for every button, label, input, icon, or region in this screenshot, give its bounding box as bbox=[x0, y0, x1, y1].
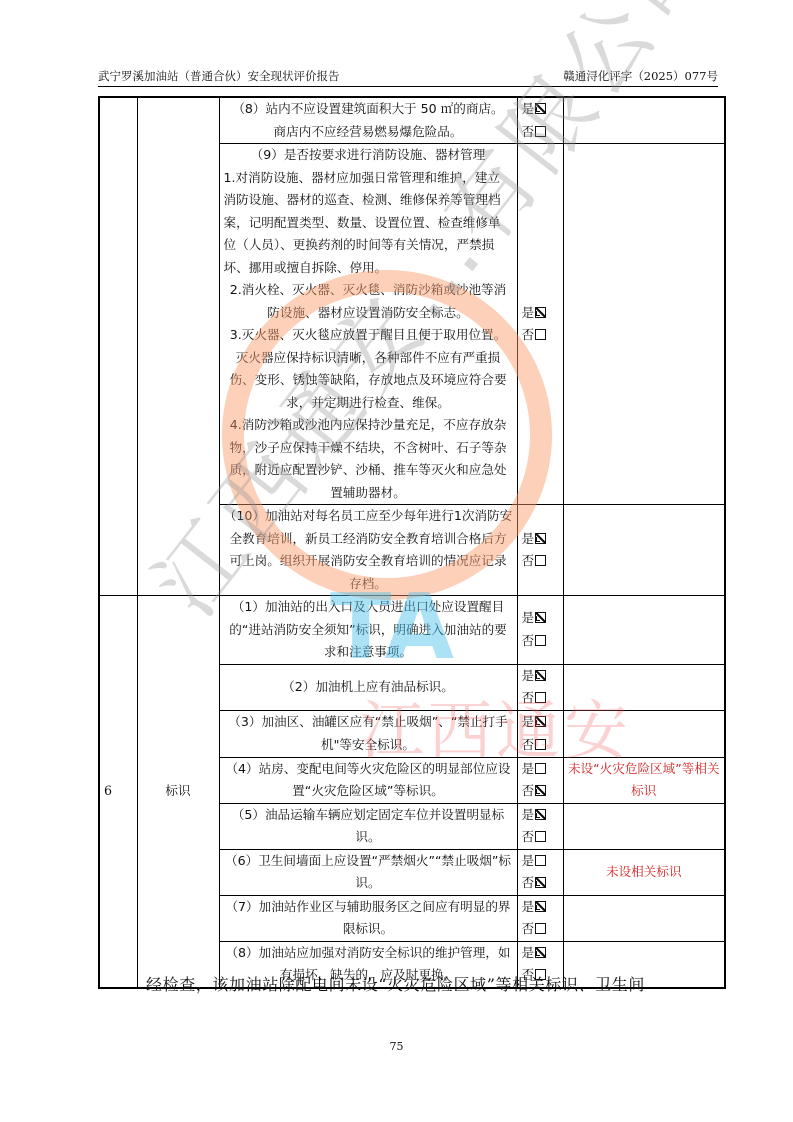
checkbox-icon[interactable] bbox=[535, 809, 546, 820]
table-row: 6标识（1）加油站的出入口及人员进出口处应设置醒目的“进站消防安全须知”标识，明… bbox=[99, 596, 725, 665]
yes-option[interactable]: 是 bbox=[522, 607, 559, 630]
no-option[interactable]: 否 bbox=[522, 324, 559, 347]
note-cell bbox=[563, 895, 725, 941]
check-cell: 是 否 bbox=[517, 664, 563, 710]
requirement-cell: （2）加油机上应有油品标识。 bbox=[219, 664, 517, 710]
no-option[interactable]: 否 bbox=[522, 872, 559, 895]
page-number: 75 bbox=[0, 1040, 793, 1053]
checkbox-icon[interactable] bbox=[535, 785, 546, 796]
note-cell bbox=[563, 596, 725, 665]
note-cell bbox=[563, 710, 725, 757]
requirement-cell: （6）卫生间墙面上应设置“严禁烟火”“禁止吸烟”标识。 bbox=[219, 849, 517, 895]
check-cell: 是 否 bbox=[517, 97, 563, 144]
check-cell: 是 否 bbox=[517, 849, 563, 895]
document-number: 赣通浔化评字（2025）077号 bbox=[563, 68, 718, 84]
checkbox-icon[interactable] bbox=[535, 555, 546, 566]
checkbox-icon[interactable] bbox=[535, 103, 546, 114]
checkbox-icon[interactable] bbox=[535, 923, 546, 934]
requirement-cell: （1）加油站的出入口及人员进出口处应设置醒目的“进站消防安全须知”标识，明确进入… bbox=[219, 596, 517, 665]
checkbox-icon[interactable] bbox=[535, 635, 546, 646]
check-cell: 是 否 bbox=[517, 803, 563, 849]
check-cell: 是 否 bbox=[517, 596, 563, 665]
requirement-cell: （3）加油区、油罐区应有“禁止吸烟”、“禁止打手机"等安全标识。 bbox=[219, 710, 517, 757]
note-cell bbox=[563, 664, 725, 710]
requirement-cell: （9）是否按要求进行消防设施、器材管理 1.对消防设施、器材应加强日常管理和维护… bbox=[219, 144, 517, 505]
check-cell: 是 否 bbox=[517, 144, 563, 505]
no-option[interactable]: 否 bbox=[522, 780, 559, 803]
note-cell bbox=[563, 144, 725, 505]
requirement-cell: （7）加油站作业区与辅助服务区之间应有明显的界限标识。 bbox=[219, 895, 517, 941]
checkbox-icon[interactable] bbox=[535, 670, 546, 681]
no-option[interactable]: 否 bbox=[522, 121, 559, 144]
checkbox-icon[interactable] bbox=[535, 612, 546, 623]
note-cell bbox=[563, 97, 725, 144]
no-option[interactable]: 否 bbox=[522, 550, 559, 573]
table-row: （8）站内不应设置建筑面积大于 50 ㎡的商店。 商店内不应经营易燃易爆危险品。… bbox=[99, 97, 725, 144]
no-option[interactable]: 否 bbox=[522, 826, 559, 849]
checkbox-icon[interactable] bbox=[535, 533, 546, 544]
note-cell bbox=[563, 803, 725, 849]
yes-option[interactable]: 是 bbox=[522, 665, 559, 688]
conclusion-paragraph: 经检查，该加油站除配电间未设“火灾危险区域”等相关标识、卫生间 bbox=[146, 972, 645, 995]
yes-option[interactable]: 是 bbox=[522, 942, 559, 965]
item-category-cell bbox=[137, 97, 219, 596]
yes-option[interactable]: 是 bbox=[522, 804, 559, 827]
requirement-cell: （8）站内不应设置建筑面积大于 50 ㎡的商店。 商店内不应经营易燃易爆危险品。 bbox=[219, 97, 517, 144]
check-cell: 是 否 bbox=[517, 757, 563, 803]
checkbox-icon[interactable] bbox=[535, 307, 546, 318]
no-option[interactable]: 否 bbox=[522, 918, 559, 941]
check-cell: 是 否 bbox=[517, 710, 563, 757]
note-cell bbox=[563, 505, 725, 596]
checkbox-icon[interactable] bbox=[535, 692, 546, 703]
requirement-cell: （10）加油站对每名员工应至少每年进行1次消防安全教育培训，新员工经消防安全教育… bbox=[219, 505, 517, 596]
check-cell: 是 否 bbox=[517, 895, 563, 941]
section-6-signage: 6标识（1）加油站的出入口及人员进出口处应设置醒目的“进站消防安全须知”标识，明… bbox=[99, 596, 725, 989]
checkbox-icon[interactable] bbox=[535, 126, 546, 137]
checkbox-icon[interactable] bbox=[535, 739, 546, 750]
item-number-cell bbox=[99, 97, 137, 596]
yes-option[interactable]: 是 bbox=[522, 896, 559, 919]
checkbox-icon[interactable] bbox=[535, 947, 546, 958]
no-option[interactable]: 否 bbox=[522, 734, 559, 757]
yes-option[interactable]: 是 bbox=[522, 711, 559, 734]
report-title: 武宁罗溪加油站（普通合伙）安全现状评价报告 bbox=[98, 68, 340, 84]
item-number: 6 bbox=[99, 596, 137, 989]
checkbox-icon[interactable] bbox=[535, 877, 546, 888]
yes-option[interactable]: 是 bbox=[522, 302, 559, 325]
inspection-checklist-table: （8）站内不应设置建筑面积大于 50 ㎡的商店。 商店内不应经营易燃易爆危险品。… bbox=[98, 96, 726, 989]
checkbox-icon[interactable] bbox=[535, 901, 546, 912]
check-cell: 是 否 bbox=[517, 505, 563, 596]
yes-option[interactable]: 是 bbox=[522, 758, 559, 781]
page-header: 武宁罗溪加油站（普通合伙）安全现状评价报告 赣通浔化评字（2025）077号 bbox=[98, 68, 718, 87]
requirement-cell: （5）油品运输车辆应划定固定车位并设置明显标识。 bbox=[219, 803, 517, 849]
checkbox-icon[interactable] bbox=[535, 329, 546, 340]
no-option[interactable]: 否 bbox=[522, 630, 559, 653]
yes-option[interactable]: 是 bbox=[522, 98, 559, 121]
note-cell: 未设“火灾危险区域”等相关标识 bbox=[563, 757, 725, 803]
note-cell: 未设相关标识 bbox=[563, 849, 725, 895]
yes-option[interactable]: 是 bbox=[522, 850, 559, 873]
checkbox-icon[interactable] bbox=[535, 716, 546, 727]
checkbox-icon[interactable] bbox=[535, 855, 546, 866]
checkbox-icon[interactable] bbox=[535, 763, 546, 774]
yes-option[interactable]: 是 bbox=[522, 528, 559, 551]
requirement-cell: （4）站房、变配电间等火灾危险区的明显部位应设置“火灾危险区域”等标识。 bbox=[219, 757, 517, 803]
no-option[interactable]: 否 bbox=[522, 687, 559, 710]
checkbox-icon[interactable] bbox=[535, 831, 546, 842]
item-category: 标识 bbox=[137, 596, 219, 989]
